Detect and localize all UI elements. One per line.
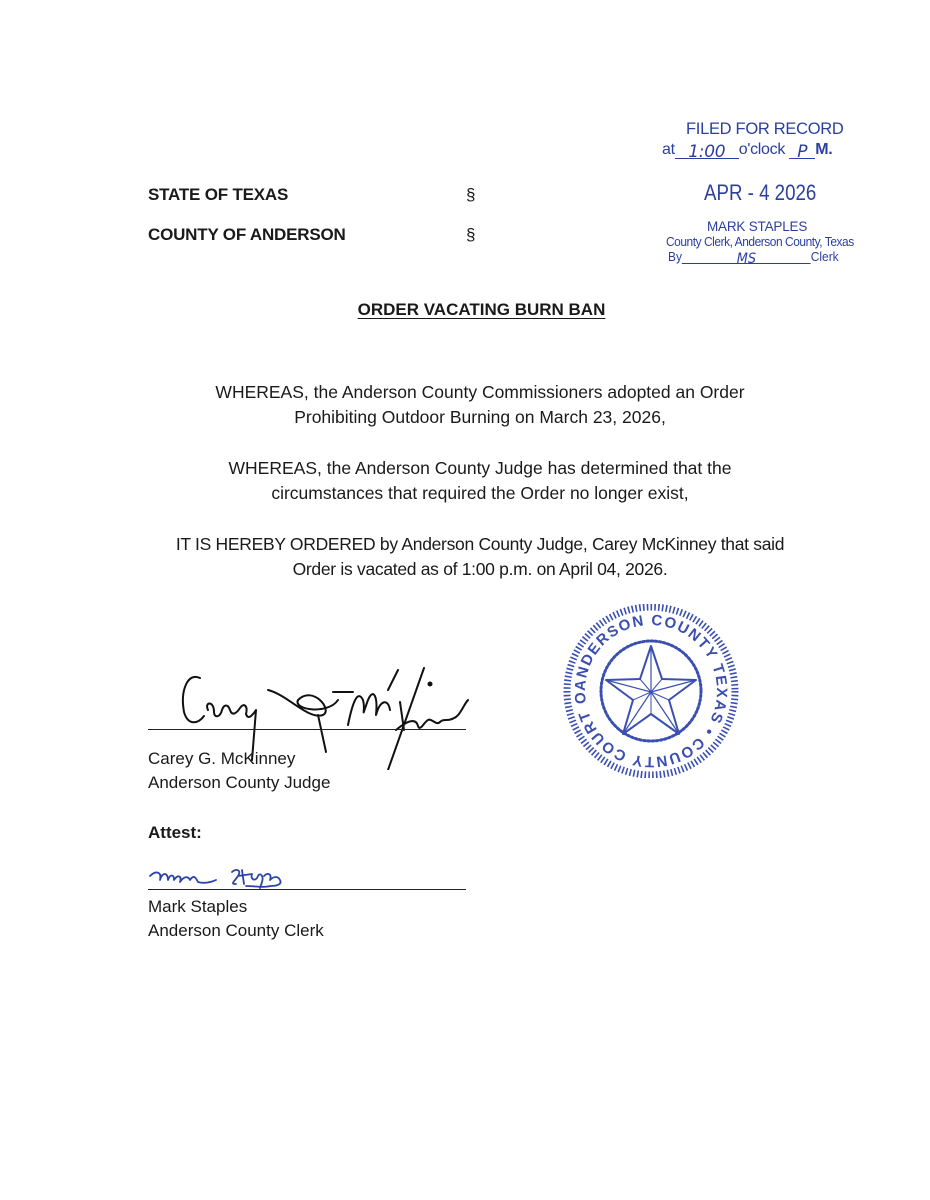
stamp-by-line: ByMSClerk <box>668 249 839 264</box>
seal-graphic: ANDERSON COUNTY TEXAS • COUNTY COURT OF <box>562 604 740 778</box>
paragraph-line: IT IS HEREBY ORDERED by Anderson County … <box>110 532 850 557</box>
stamp-date: APR - 4 2026 <box>704 180 816 206</box>
stamp-ampm-handwritten: P <box>797 142 807 162</box>
stamp-time-line: at1:00o'clock PM. <box>662 141 832 159</box>
stamp-by-label: By <box>668 249 682 264</box>
judge-title: Anderson County Judge <box>148 773 330 793</box>
star-icon <box>606 646 696 734</box>
paragraph-line: Prohibiting Outdoor Burning on March 23,… <box>130 405 830 430</box>
clerk-signature-line <box>148 889 466 890</box>
stamp-clerk-title: County Clerk, Anderson County, Texas <box>666 234 854 249</box>
order-paragraph: IT IS HEREBY ORDERED by Anderson County … <box>110 532 850 582</box>
stamp-at-label: at <box>662 141 675 158</box>
clerk-title: Anderson County Clerk <box>148 921 324 941</box>
judge-signature-line <box>148 729 466 730</box>
clerk-signature <box>146 862 296 892</box>
stamp-m-label: M. <box>815 141 832 158</box>
stamp-heading: FILED FOR RECORD <box>686 120 843 139</box>
stamp-clerk-name: MARK STAPLES <box>707 219 807 234</box>
stamp-clerk-suffix: Clerk <box>811 249 839 264</box>
stamp-time-handwritten: 1:00 <box>688 142 725 162</box>
caption-county: COUNTY OF ANDERSON <box>148 225 346 245</box>
stamp-oclock-label: o'clock <box>739 141 785 158</box>
document-title: ORDER VACATING BURN BAN <box>0 300 930 320</box>
svg-text:ANDERSON COUNTY TEXAS • COUNTY: ANDERSON COUNTY TEXAS • COUNTY COURT OF <box>562 604 730 770</box>
judge-name: Carey G. McKinney <box>148 749 295 769</box>
county-court-seal: ANDERSON COUNTY TEXAS • COUNTY COURT OF <box>562 604 740 778</box>
clerk-signature-graphic <box>146 862 296 892</box>
paragraph-line: WHEREAS, the Anderson County Judge has d… <box>130 456 830 481</box>
stamp-by-initials: MS <box>737 251 756 267</box>
caption-state: STATE OF TEXAS <box>148 185 288 205</box>
paragraph-line: WHEREAS, the Anderson County Commissione… <box>130 380 830 405</box>
seal-text: ANDERSON COUNTY TEXAS • COUNTY COURT OF <box>562 604 730 770</box>
clerk-name: Mark Staples <box>148 897 247 917</box>
attest-label: Attest: <box>148 823 202 843</box>
paragraph-line: Order is vacated as of 1:00 p.m. on Apri… <box>110 557 850 582</box>
whereas-paragraph-1: WHEREAS, the Anderson County Commissione… <box>130 380 830 430</box>
section-symbol: § <box>466 225 475 245</box>
whereas-paragraph-2: WHEREAS, the Anderson County Judge has d… <box>130 456 830 506</box>
paragraph-line: circumstances that required the Order no… <box>130 481 830 506</box>
section-symbol: § <box>466 185 475 205</box>
